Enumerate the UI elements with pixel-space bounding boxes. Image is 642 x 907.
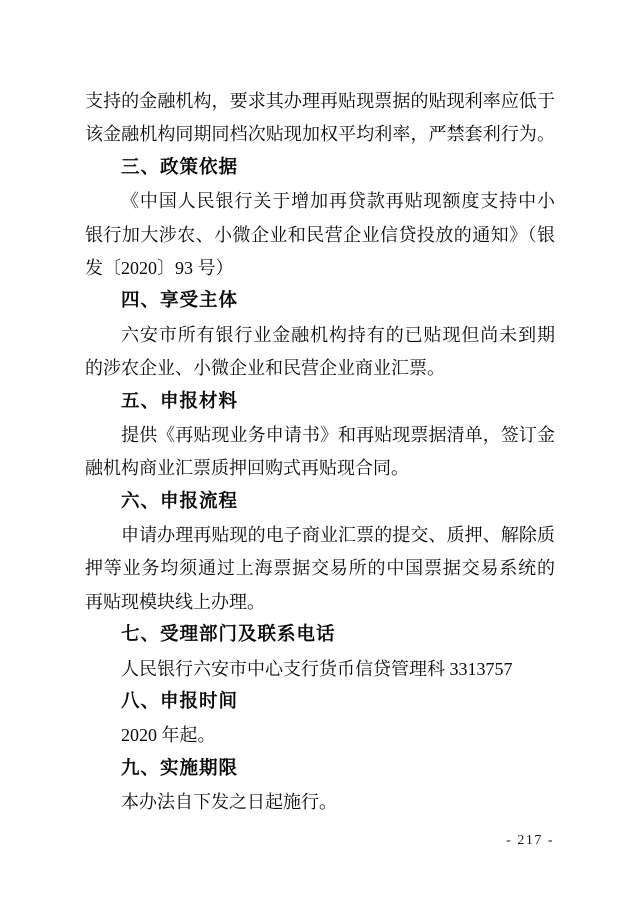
section-9-heading: 九、实施期限 [85,753,555,786]
section-5-materials-paragraph-line-2: 融机构商业汇票质押回购式再贴现合同。 [85,452,555,485]
page-number: - 217 - [506,833,554,849]
section-6-heading: 六、申报流程 [85,486,555,519]
document-body: 支持的金融机构，要求其办理再贴现票据的贴现利率应低于该金融机构同期同档次贴现加权… [85,85,555,820]
section-4-eligible-entities-paragraph-line-1: 六安市所有银行业金融机构持有的已贴现但尚未到期 [85,319,555,352]
section-8-heading: 八、申报时间 [85,686,555,719]
section-4-heading: 四、享受主体 [85,285,555,318]
section-3-heading: 三、政策依据 [85,152,555,185]
section-6-process-paragraph-line-3: 再贴现模块线上办理。 [85,586,555,619]
section-3-policy-basis-paragraph-line-3: 发〔2020〕93 号） [85,252,555,285]
section-4-eligible-entities-paragraph-line-2: 的涉农企业、小微企业和民营企业商业汇票。 [85,352,555,385]
section-3-policy-basis-paragraph-line-1: 《中国人民银行关于增加再贷款再贴现额度支持中小 [85,185,555,218]
section-9-period-paragraph: 本办法自下发之日起施行。 [85,786,555,819]
section-5-materials-paragraph-line-1: 提供《再贴现业务申请书》和再贴现票据清单，签订金 [85,419,555,452]
document-page: 支持的金融机构，要求其办理再贴现票据的贴现利率应低于该金融机构同期同档次贴现加权… [0,0,642,907]
section-3-policy-basis-paragraph-line-2: 银行加大涉农、小微企业和民营企业信贷投放的通知》（银 [85,219,555,252]
section-7-heading: 七、受理部门及联系电话 [85,619,555,652]
intro-continuation-paragraph-line-2: 该金融机构同期同档次贴现加权平均利率，严禁套利行为。 [85,118,555,151]
intro-continuation-paragraph-line-1: 支持的金融机构，要求其办理再贴现票据的贴现利率应低于 [85,85,555,118]
section-8-time-paragraph: 2020 年起。 [85,719,555,752]
section-6-process-paragraph-line-2: 押等业务均须通过上海票据交易所的中国票据交易系统的 [85,552,555,585]
section-5-heading: 五、申报材料 [85,386,555,419]
section-7-contact-paragraph: 人民银行六安市中心支行货币信贷管理科 3313757 [85,653,555,686]
section-6-process-paragraph-line-1: 申请办理再贴现的电子商业汇票的提交、质押、解除质 [85,519,555,552]
